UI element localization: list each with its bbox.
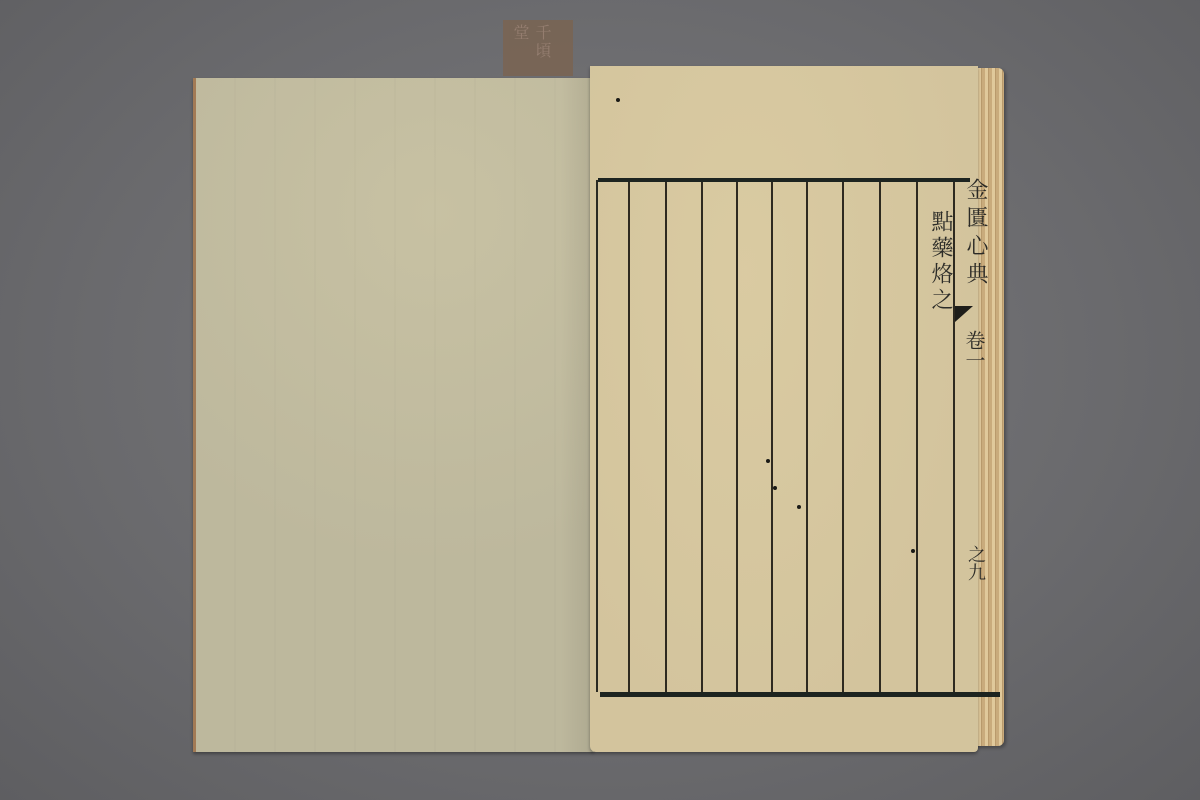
frame-top-border <box>598 178 970 182</box>
first-column-text: 點藥烙之 <box>925 210 956 314</box>
right-text-page <box>590 66 978 752</box>
page-number: 之九 <box>962 545 988 581</box>
ink-dot <box>773 486 777 490</box>
book-gutter <box>560 78 592 752</box>
frame-bottom-border <box>600 692 1000 697</box>
ink-dot <box>911 549 915 553</box>
column-rule <box>665 182 667 692</box>
column-rule <box>806 182 808 692</box>
column-rule <box>701 182 703 692</box>
column-rule <box>771 182 773 692</box>
ink-dot <box>766 459 770 463</box>
volume-label: 卷一 <box>960 330 989 370</box>
column-rule <box>879 182 881 692</box>
library-seal-tag: 千頃堂 <box>503 20 573 76</box>
left-blank-page <box>193 78 594 752</box>
margin-title: 金匱心典 <box>960 178 991 290</box>
column-rule <box>736 182 738 692</box>
column-rule <box>842 182 844 692</box>
column-rule <box>916 182 918 692</box>
ink-dot <box>616 98 620 102</box>
fishtail-mark <box>955 306 973 322</box>
seal-text: 千頃堂 <box>509 24 553 76</box>
column-rule <box>628 182 630 692</box>
ink-dot <box>797 505 801 509</box>
frame-left-border <box>596 180 598 692</box>
